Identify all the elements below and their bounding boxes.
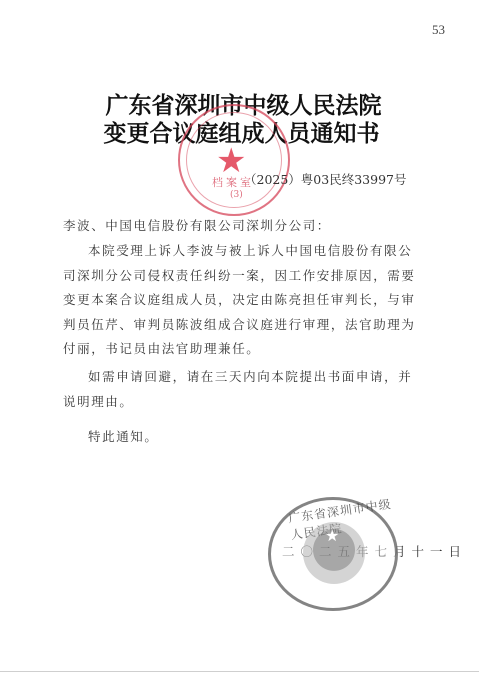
scan-edge-line [0, 671, 479, 672]
addressee: 李波、中国电信股份有限公司深圳分公司： [63, 214, 423, 239]
case-number: （2025）粤03民终33997号 [244, 170, 406, 188]
closing-text: 特此通知。 [63, 425, 423, 450]
paragraph-recusal: 如需申请回避，请在三天内向本院提出书面申请，并说明理由。 [63, 365, 423, 414]
star-icon: ★ [216, 144, 246, 178]
national-emblem-icon: ★ [303, 522, 365, 584]
paragraph-main: 本院受理上诉人李波与被上诉人中国电信股份有限公司深圳分公司侵权责任纠纷一案，因工… [63, 239, 423, 362]
emblem-star-icon: ★ [325, 528, 339, 544]
court-seal: 广东省深圳市中级人民法院 ★ [268, 497, 398, 611]
archive-seal: ★ 档案室 (3) [178, 104, 290, 216]
seal-number: (3) [230, 190, 243, 200]
page-number: 53 [432, 22, 445, 38]
